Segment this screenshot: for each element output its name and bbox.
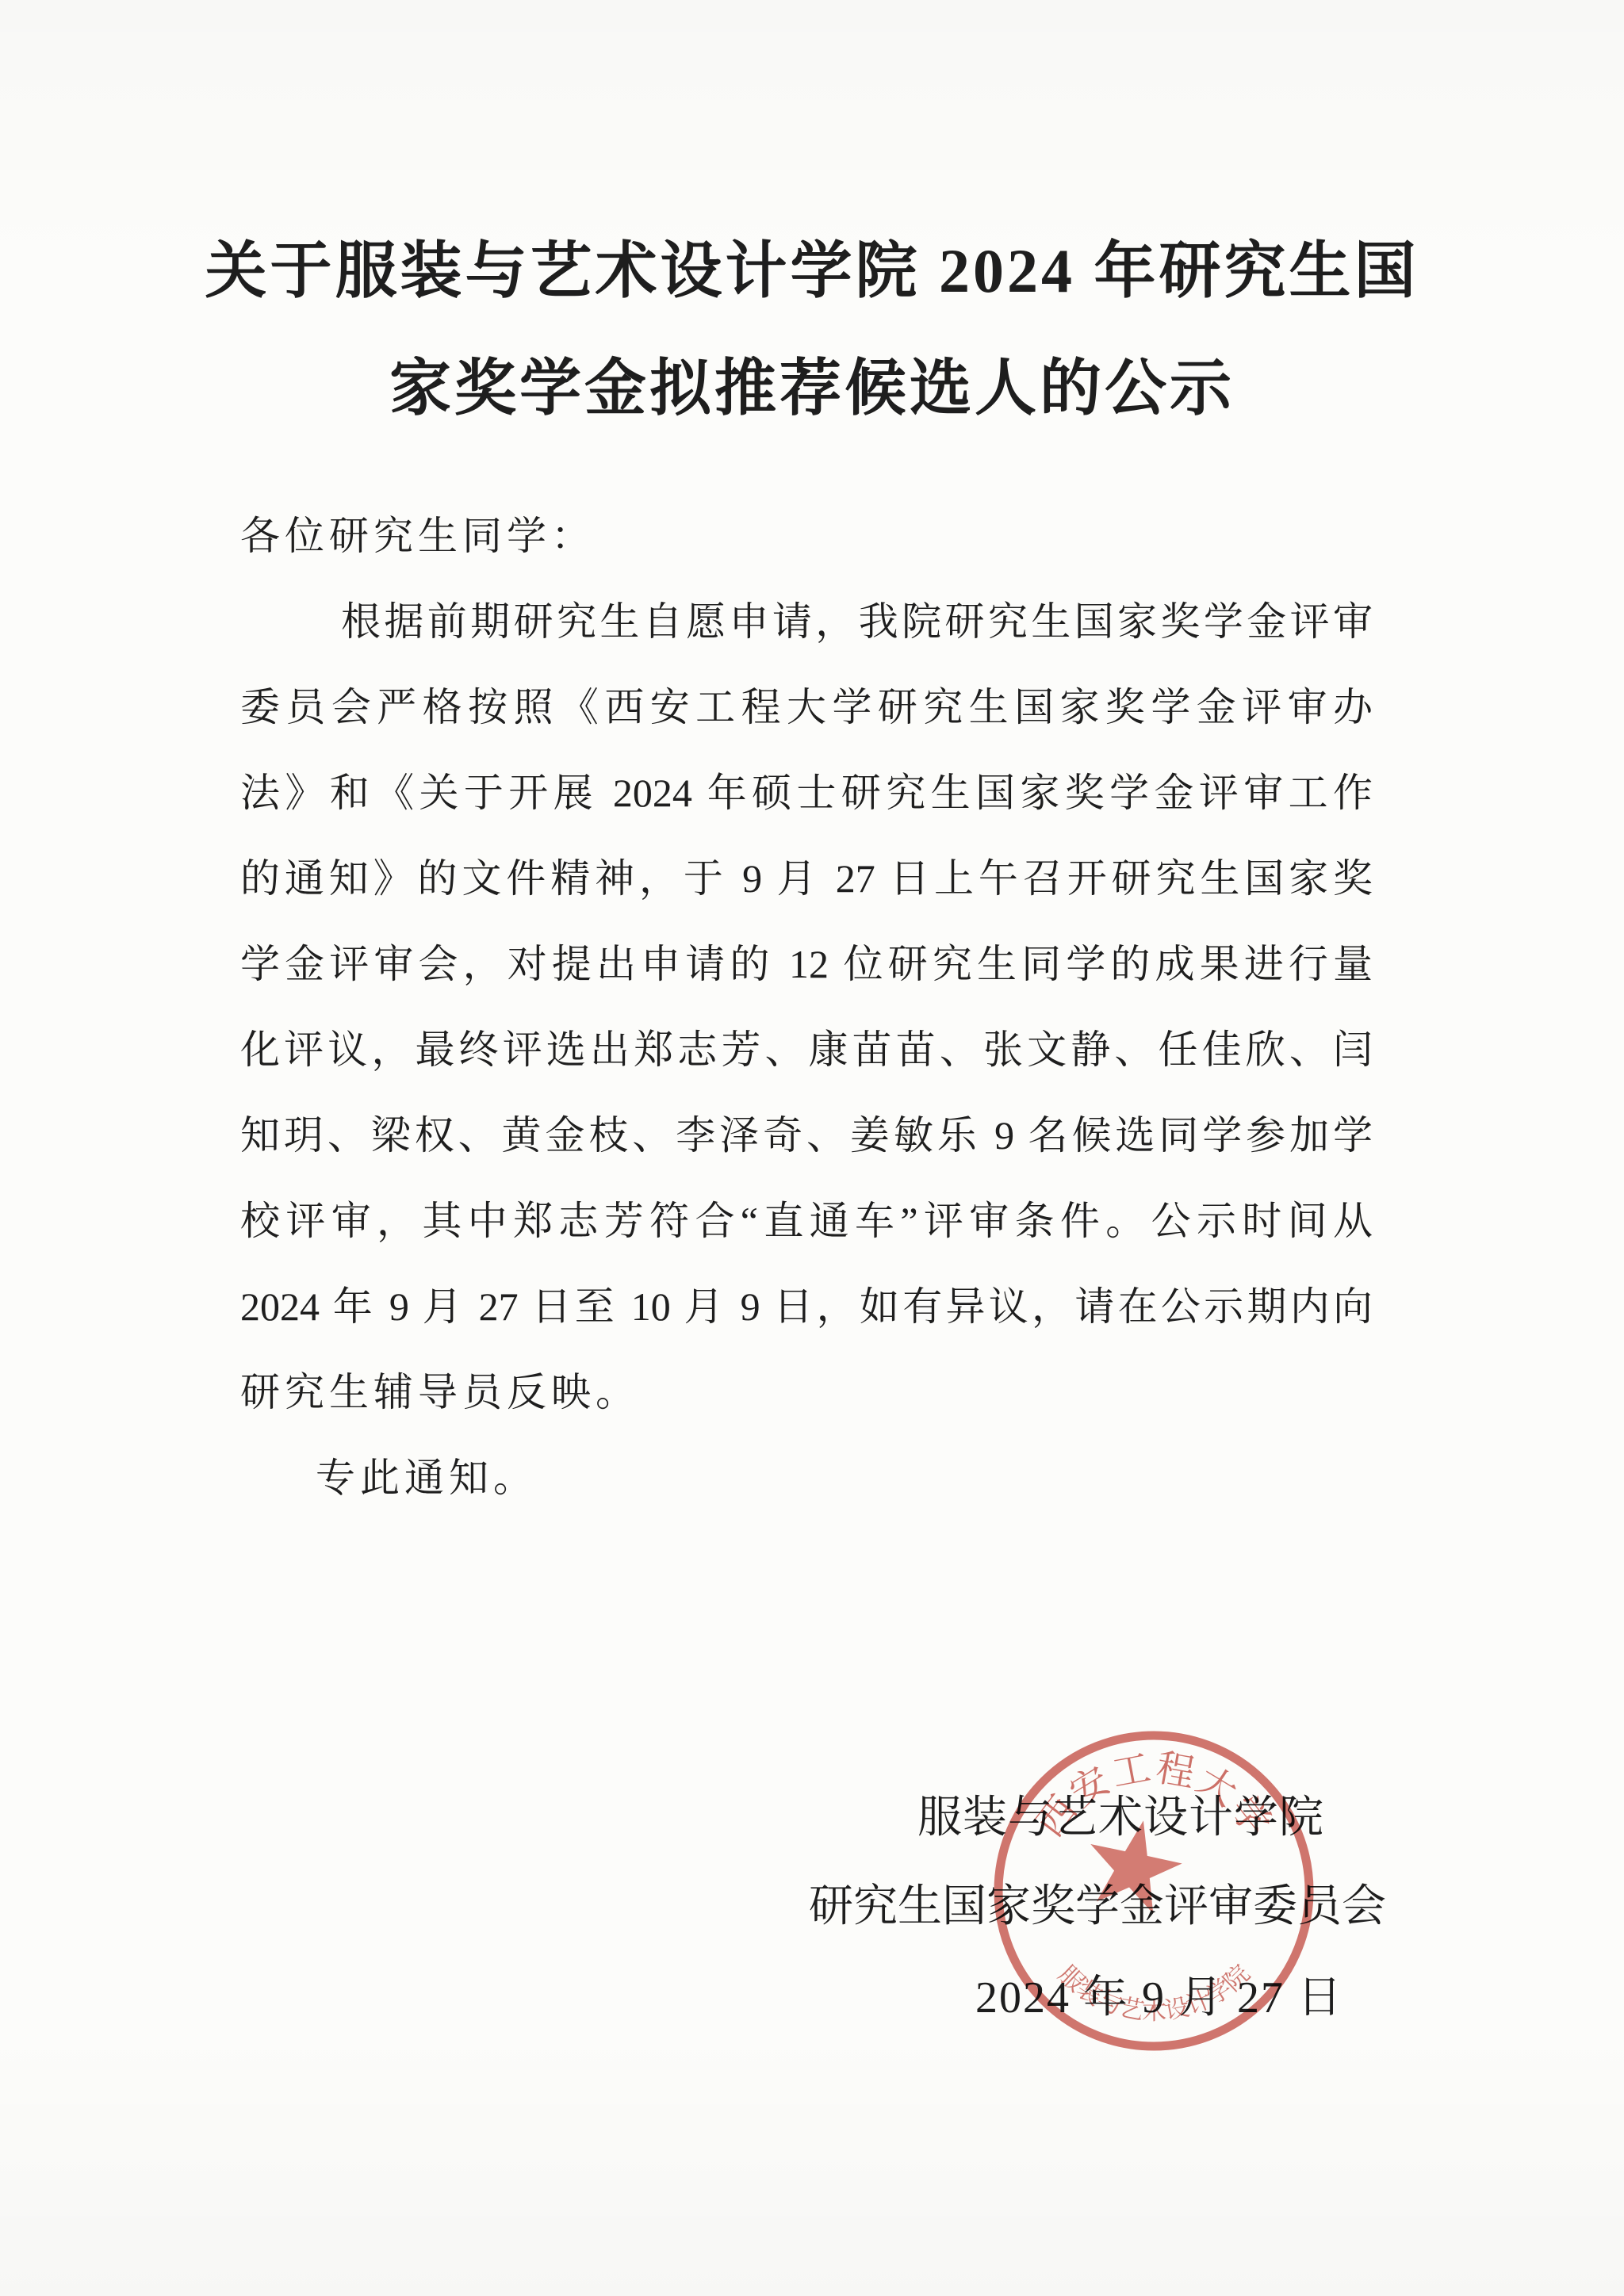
body-line: 校评审，其中郑志芳符合“直通车”评审条件。公示时间从 — [240, 1178, 1373, 1264]
star-icon — [1090, 1820, 1182, 1913]
notice-body: 各位研究生同学： 根据前期研究生自愿申请，我院研究生国家奖学金评审 委员会严格按… — [240, 493, 1373, 1521]
notice-title: 关于服装与艺术设计学院 2024 年研究生国 家奖学金拟推荐候选人的公示 — [0, 212, 1624, 447]
body-line: 委员会严格按照《西安工程大学研究生国家奖学金评审办 — [240, 664, 1373, 750]
official-seal: 西安工程大学 服装与艺术设计学院 — [979, 1716, 1328, 2065]
body-line: 化评议，最终评选出郑志芳、康苗苗、张文静、任佳欣、闫 — [240, 1007, 1373, 1093]
body-line: 2024 年 9 月 27 日至 10 月 9 日，如有异议，请在公示期内向 — [240, 1264, 1373, 1349]
body-line: 法》和《关于开展 2024 年硕士研究生国家奖学金评审工作 — [240, 750, 1373, 836]
seal-bottom-text: 服装与艺术设计学院 — [1053, 1959, 1255, 2025]
seal-bottom-text-arc: 服装与艺术设计学院 — [1053, 1959, 1255, 2025]
body-line: 知玥、梁权、黄金枝、李泽奇、姜敏乐 9 名候选同学参加学 — [240, 1093, 1373, 1178]
body-line: 根据前期研究生自愿申请，我院研究生国家奖学金评审 — [240, 579, 1373, 664]
closing-line: 专此通知。 — [240, 1435, 1373, 1521]
body-line: 的通知》的文件精神，于 9 月 27 日上午召开研究生国家奖 — [240, 836, 1373, 921]
notice-document: 关于服装与艺术设计学院 2024 年研究生国 家奖学金拟推荐候选人的公示 各位研… — [0, 0, 1624, 2296]
body-line: 研究生辅导员反映。 — [240, 1349, 1373, 1435]
body-line: 学金评审会，对提出申请的 12 位研究生同学的成果进行量 — [240, 921, 1373, 1007]
salutation: 各位研究生同学： — [240, 493, 1373, 579]
notice-title-line-2: 家奖学金拟推荐候选人的公示 — [0, 330, 1624, 447]
notice-title-line-1: 关于服装与艺术设计学院 2024 年研究生国 — [0, 212, 1624, 330]
